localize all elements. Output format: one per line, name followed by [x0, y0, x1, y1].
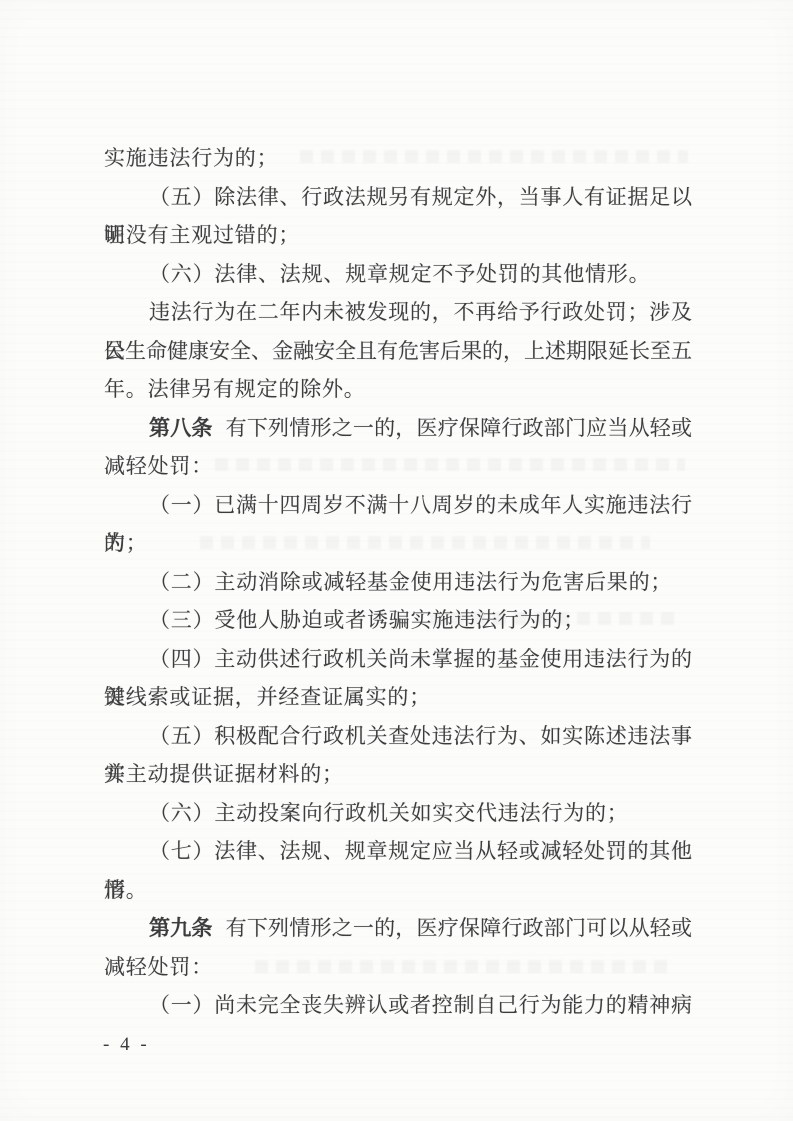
article-number: 第九条	[149, 917, 213, 940]
line-text: （六）法律、法规、规章规定不予处罚的其他情形。	[149, 262, 650, 286]
text-line: 第八条有下列情形之一的，医疗保障行政部门应当从轻或	[104, 409, 692, 448]
line-text: 键线索或证据，并经查证属实的；	[104, 685, 431, 709]
scanned-document-page: 实施违法行为的；（五）除法律、行政法规另有规定外，当事人有证据足以证明没有主观过…	[0, 0, 793, 1121]
text-line: （一）已满十四周岁不满十八周岁的未成年人实施违法行为	[104, 486, 692, 525]
line-text: 并主动提供证据材料的；	[104, 762, 344, 786]
text-line: 减轻处罚：	[104, 447, 692, 486]
document-text-block: 实施违法行为的；（五）除法律、行政法规另有规定外，当事人有证据足以证明没有主观过…	[104, 139, 692, 1025]
text-line: （六）法律、法规、规章规定不予处罚的其他情形。	[104, 255, 692, 294]
line-text: 实施违法行为的；	[104, 146, 278, 170]
text-line: 减轻处罚：	[104, 948, 692, 987]
line-text: 有下列情形之一的，医疗保障行政部门可以从轻或	[226, 916, 692, 940]
text-line: 的；	[104, 524, 692, 563]
page-number: - 4 -	[103, 1034, 150, 1056]
line-text: （六）主动投案向行政机关如实交代违法行为的；	[149, 801, 629, 825]
text-line: 键线索或证据，并经查证属实的；	[104, 678, 692, 717]
line-text: 的；	[104, 531, 148, 555]
line-text: 年。法律另有规定的除外。	[104, 377, 366, 401]
text-line: 形。	[104, 871, 692, 910]
text-line: （四）主动供述行政机关尚未掌握的基金使用违法行为的关	[104, 640, 692, 679]
text-line: 第九条有下列情形之一的，医疗保障行政部门可以从轻或	[104, 909, 692, 948]
text-line: （五）积极配合行政机关查处违法行为、如实陈述违法事实	[104, 717, 692, 756]
text-line: （七）法律、法规、规章规定应当从轻或减轻处罚的其他情	[104, 832, 692, 871]
line-text: 民生命健康安全、金融安全且有危害后果的，上述期限延长至五	[104, 339, 692, 363]
line-text: （三）受他人胁迫或者诱骗实施违法行为的；	[149, 608, 585, 632]
text-line: 并主动提供证据材料的；	[104, 755, 692, 794]
text-line: （五）除法律、行政法规另有规定外，当事人有证据足以证	[104, 178, 692, 217]
line-text: 明没有主观过错的；	[104, 223, 300, 247]
line-text: 减轻处罚：	[104, 955, 213, 979]
text-line: （三）受他人胁迫或者诱骗实施违法行为的；	[104, 601, 692, 640]
line-text: 有下列情形之一的，医疗保障行政部门应当从轻或	[226, 416, 692, 440]
text-line: （一）尚未完全丧失辨认或者控制自己行为能力的精神病	[104, 986, 692, 1025]
line-text: 减轻处罚：	[104, 454, 213, 478]
article-number: 第八条	[149, 417, 213, 440]
text-line: 年。法律另有规定的除外。	[104, 370, 692, 409]
text-line: （二）主动消除或减轻基金使用违法行为危害后果的；	[104, 563, 692, 602]
text-line: 明没有主观过错的；	[104, 216, 692, 255]
line-text: （二）主动消除或减轻基金使用违法行为危害后果的；	[149, 570, 672, 594]
text-line: 实施违法行为的；	[104, 139, 692, 178]
text-line: （六）主动投案向行政机关如实交代违法行为的；	[104, 794, 692, 833]
text-line: 民生命健康安全、金融安全且有危害后果的，上述期限延长至五	[104, 332, 692, 371]
text-line: 违法行为在二年内未被发现的，不再给予行政处罚；涉及公	[104, 293, 692, 332]
line-text: （一）尚未完全丧失辨认或者控制自己行为能力的精神病	[149, 993, 692, 1017]
line-text: 形。	[104, 878, 148, 902]
